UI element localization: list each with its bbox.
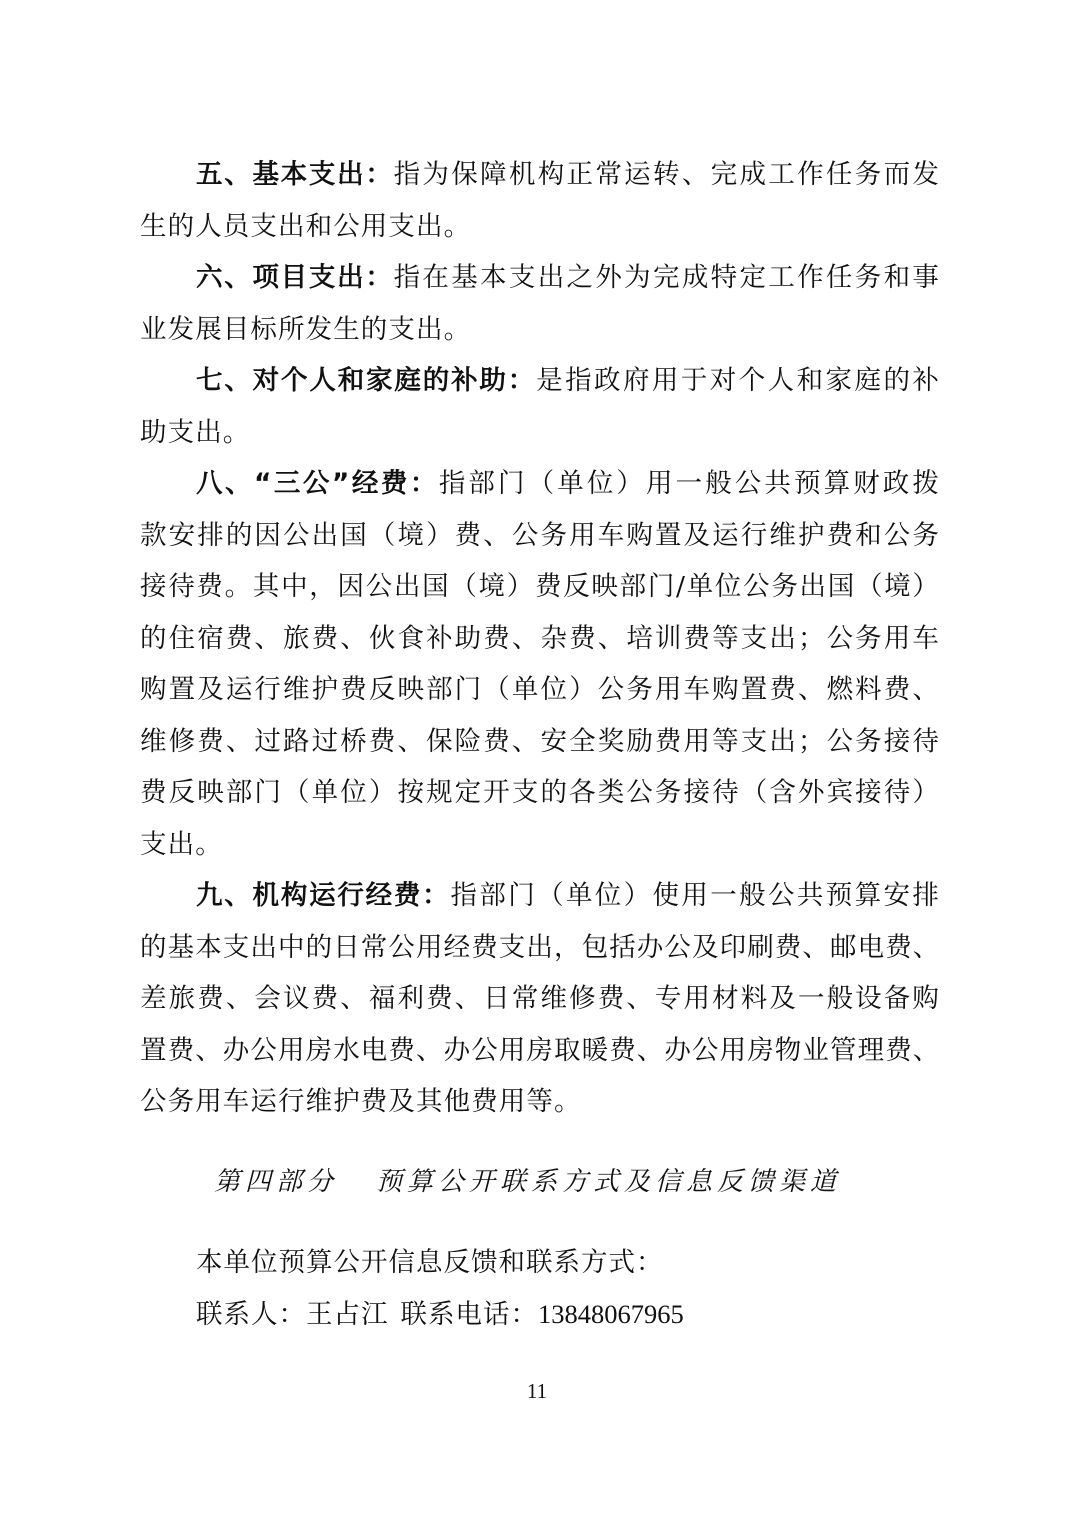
section-8-line-2: 款安排的因公出国（境）费、公务用车购置及运行维护费和公务 [140,519,940,553]
section-8-line-1: 八、“三公”经费：指部门（单位）用一般公共预算财政拨 [196,467,940,501]
section-7-line-1: 七、对个人和家庭的补助：是指政府用于对个人和家庭的补 [196,364,940,398]
section-5-line-2: 生的人员支出和公用支出。 [140,210,940,244]
contact-person-label: 联系人： [196,1299,306,1330]
term-household-subsidy: 七、对个人和家庭的补助： [196,365,536,396]
part-4-label: 第四部分 [214,1167,338,1197]
section-8-line-8: 支出。 [140,828,940,862]
section-8-line-3: 接待费。其中，因公出国（境）费反映部门/单位公务出国（境） [140,570,940,604]
section-9-line-5: 公务用车运行维护费及其他费用等。 [140,1085,940,1119]
section-7-line-2: 助支出。 [140,416,940,450]
contact-phone-number: 13848067965 [538,1299,684,1329]
part-4-title: 预算公开联系方式及信息反馈渠道 [376,1167,841,1197]
document-page: 五、基本支出：指为保障机构正常运转、完成工作任务而发 生的人员支出和公用支出。 … [0,0,1074,1520]
page-number: 11 [0,1379,1074,1404]
section-9-line-4: 置费、办公用房水电费、办公用房取暖费、办公用房物业管理费、 [140,1034,940,1068]
term-operating-expenses: 九、机构运行经费： [196,880,450,911]
contact-intro: 本单位预算公开信息反馈和联系方式： [196,1246,664,1280]
section-9-line-1: 九、机构运行经费：指部门（单位）使用一般公共预算安排 [196,879,940,913]
section-8-line-4: 的住宿费、旅费、伙食补助费、杂费、培训费等支出；公务用车 [140,622,940,656]
term-project-expenditure: 六、项目支出： [196,262,394,293]
contact-phone-label: 联系电话： [401,1299,539,1330]
contact-line: 联系人：王占江联系电话：13848067965 [196,1297,684,1332]
term-basic-expenditure: 五、基本支出： [196,159,394,190]
section-5-line-1: 五、基本支出：指为保障机构正常运转、完成工作任务而发 [196,158,940,192]
part-4-heading: 第四部分预算公开联系方式及信息反馈渠道 [214,1165,864,1199]
section-9-line-2: 的基本支出中的日常公用经费支出，包括办公及印刷费、邮电费、 [140,931,940,965]
section-9-line-3: 差旅费、会议费、福利费、日常维修费、专用材料及一般设备购 [140,982,940,1016]
contact-person-name: 王占江 [306,1299,389,1330]
section-6-line-1: 六、项目支出：指在基本支出之外为完成特定工作任务和事 [196,261,940,295]
term-three-public-expenses: 八、“三公”经费： [196,468,439,499]
section-8-line-5: 购置及运行维护费反映部门（单位）公务用车购置费、燃料费、 [140,673,940,707]
section-6-line-2: 业发展目标所发生的支出。 [140,313,940,347]
section-8-line-6: 维修费、过路过桥费、保险费、安全奖励费用等支出；公务接待 [140,725,940,759]
section-8-line-7: 费反映部门（单位）按规定开支的各类公务接待（含外宾接待） [140,776,940,810]
